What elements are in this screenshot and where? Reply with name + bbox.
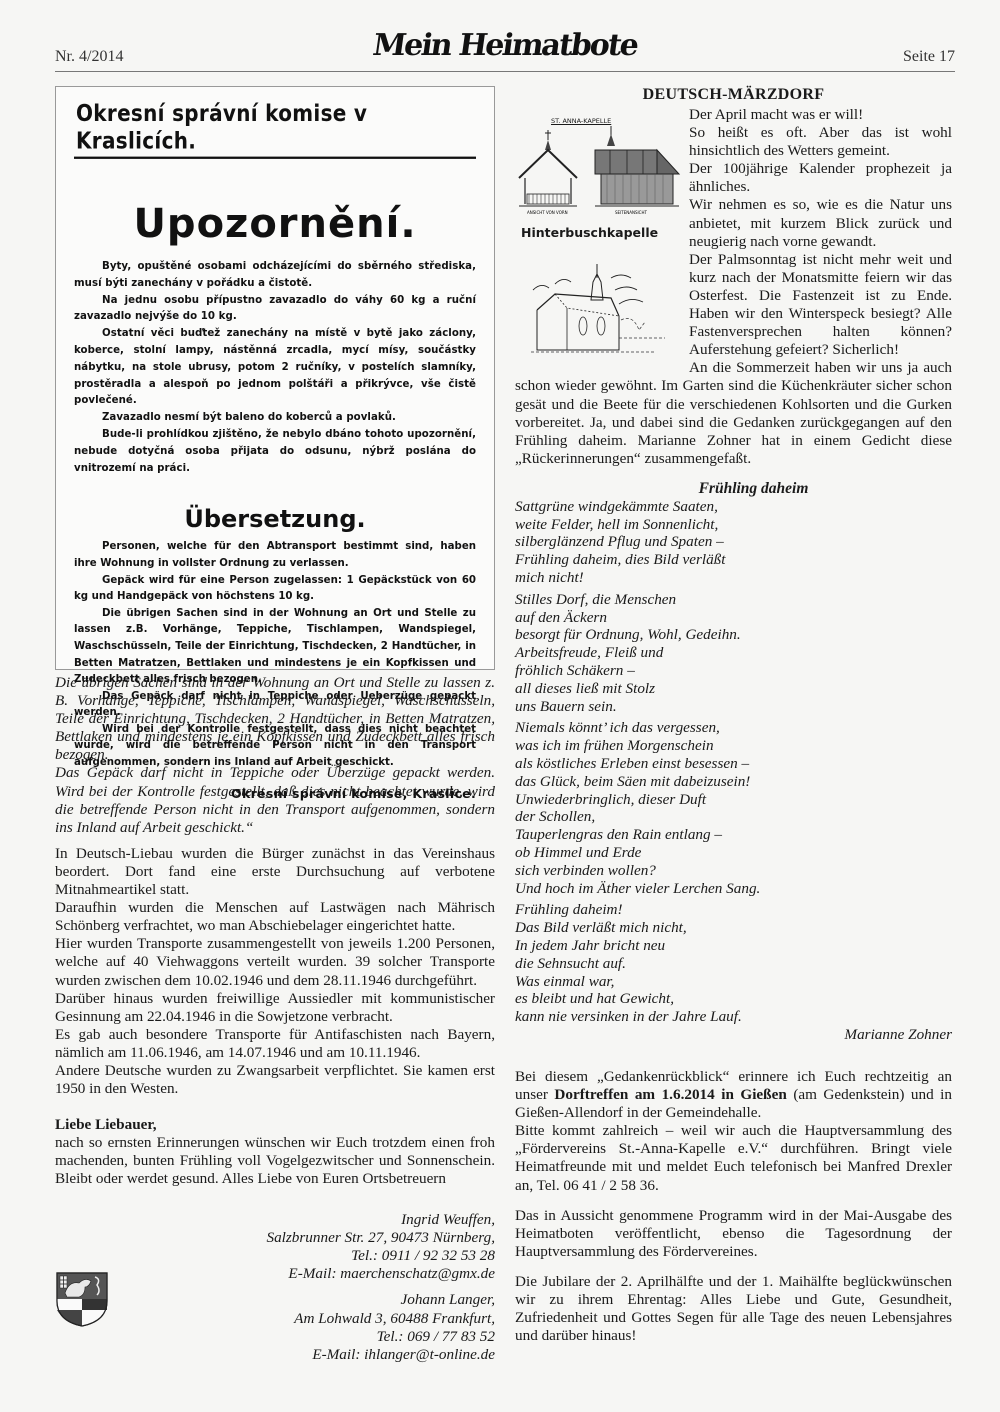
signer-email: E-Mail: ihlanger@t-online.de xyxy=(55,1346,495,1364)
notice-paragraph: Zavazadlo nesmí být baleno do koberců a … xyxy=(74,410,476,427)
poem-stanza-1: Sattgrüne windgekämmte Saaten, weite Fel… xyxy=(515,498,952,587)
signer-2: Johann Langer, Am Lohwald 3, 60488 Frank… xyxy=(55,1291,495,1364)
poem-line: sich verbinden wollen? xyxy=(515,862,952,880)
signer-name: Johann Langer, xyxy=(55,1291,495,1309)
poem-line: als köstliches Erleben einst besessen – xyxy=(515,755,952,773)
greeting-text: nach so ernsten Erinnerungen wünschen wi… xyxy=(55,1134,495,1188)
historical-notice-image: Okresní správní komise v Kraslicích. Upo… xyxy=(55,86,495,670)
poem-line: Tauperlengras den Rain entlang – xyxy=(515,826,952,844)
meeting-paragraph: Bei diesem „Gedankenrückblick“ erinnere … xyxy=(515,1068,952,1122)
signer-phone: Tel.: 069 / 77 83 52 xyxy=(55,1328,495,1346)
poem-line: der Schollen, xyxy=(515,808,952,826)
poem-line: besorgt für Ordnung, Wohl, Gedeihn. xyxy=(515,626,952,644)
poem-line: fröhlich Schäkern – xyxy=(515,662,952,680)
history-paragraph: In Deutsch-Liebau wurden die Bürger zunä… xyxy=(55,845,495,899)
notice-title: Upozornění. xyxy=(74,201,476,247)
poem-stanza-3: Niemals könnt’ ich das vergessen, was ic… xyxy=(515,719,952,897)
poem-line: all dieses ließ mit Stolz xyxy=(515,680,952,698)
svg-text:SEITENANSICHT: SEITENANSICHT xyxy=(615,210,647,215)
poem-line: das Glück, beim Säen mit dabeizusein! xyxy=(515,773,952,791)
chapel-drawing-icon: ANSICHT VON VORN SEITENANSICHT xyxy=(515,116,683,228)
st-anna-chapel-illustration: ST. ANNA-KAPELLE ANSICHT VON VORN xyxy=(515,106,683,246)
notice-authority-heading: Okresní správní komise v Kraslicích. xyxy=(74,99,476,159)
poem-line: Niemals könnt’ ich das vergessen, xyxy=(515,719,952,737)
notice-paragraph: Ostatní věci buďtež zanechány na místě v… xyxy=(74,326,476,410)
signer-phone: Tel.: 0911 / 92 32 53 28 xyxy=(55,1247,495,1265)
signer-email: E-Mail: maerchenschatz@gmx.de xyxy=(55,1265,495,1283)
poem-line: Unwiederbringlich, dieser Duft xyxy=(515,791,952,809)
signers-block: Ingrid Weuffen, Salzbrunner Str. 27, 904… xyxy=(55,1211,495,1401)
signer-1: Ingrid Weuffen, Salzbrunner Str. 27, 904… xyxy=(55,1211,495,1284)
signer-address: Salzbrunner Str. 27, 90473 Nürnberg, xyxy=(55,1229,495,1247)
coat-of-arms-icon xyxy=(55,1271,109,1327)
notice-translation-title: Übersetzung. xyxy=(74,505,476,533)
illustration-caption: Hinterbuschkapelle xyxy=(521,224,658,242)
program-paragraph: Das in Aussicht genommene Programm wird … xyxy=(515,1207,952,1261)
history-paragraph: Daraufhin wurden die Menschen auf Lastwä… xyxy=(55,899,495,935)
notice-signature: Okresní správní komise, Kraslice. xyxy=(74,786,476,801)
poem-line: Was einmal war, xyxy=(515,973,952,991)
greeting-heading: Liebe Liebauer, xyxy=(55,1116,495,1134)
poem-line: die Sehnsucht auf. xyxy=(515,955,952,973)
history-paragraph: Andere Deutsche wurden zu Zwangsarbeit v… xyxy=(55,1062,495,1098)
history-paragraph: Darüber hinaus wurden freiwillige Aussie… xyxy=(55,990,495,1026)
section-title: DEUTSCH-MÄRZDORF xyxy=(515,86,952,104)
poem-line: auf den Äckern xyxy=(515,609,952,627)
poem: Frühling daheim Sattgrüne windgekämmte S… xyxy=(515,480,952,1044)
meeting-paragraph: Bitte kommt zahlreich – weil wir auch di… xyxy=(515,1122,952,1194)
poem-line: In jedem Jahr bricht neu xyxy=(515,937,952,955)
notice-paragraph: Na jednu osobu přípustno zavazadlo do vá… xyxy=(74,293,476,327)
greeting-block: Liebe Liebauer, nach so ernsten Erinneru… xyxy=(55,1116,495,1188)
notice-paragraph: Wird bei der Kontrolle festgestellt, das… xyxy=(74,722,476,772)
signer-name: Ingrid Weuffen, xyxy=(55,1211,495,1229)
signer-address: Am Lohwald 3, 60488 Frankfurt, xyxy=(55,1310,495,1328)
notice-paragraph: Das Gepäck darf nicht in Teppiche oder U… xyxy=(74,689,476,722)
poem-line: Arbeitsfreude, Fleiß und xyxy=(515,644,952,662)
poem-stanza-4: Frühling daheim! Das Bild verläßt mich n… xyxy=(515,901,952,1026)
poem-line: Und hoch im Äther vieler Lerchen Sang. xyxy=(515,880,952,898)
poem-line: Stilles Dorf, die Menschen xyxy=(515,591,952,609)
issue-number: Nr. 4/2014 xyxy=(55,48,123,66)
history-paragraph: Hier wurden Transporte zusammengestellt … xyxy=(55,935,495,989)
notice-paragraph: Bude-li prohlídkou zjištěno, že nebylo d… xyxy=(74,427,476,477)
intro-paragraph: An die Sommerzeit haben wir uns ja auch … xyxy=(515,359,952,468)
meeting-date-highlight: Dorftreffen am 1.6.2014 in Gießen xyxy=(554,1086,786,1103)
notice-paragraph: Personen, welche für den Abtransport bes… xyxy=(74,539,476,572)
chapel-sketch-icon xyxy=(515,260,683,360)
meeting-announcement: Bei diesem „Gedankenrückblick“ erinnere … xyxy=(515,1068,952,1345)
poem-stanza-2: Stilles Dorf, die Menschen auf den Äcker… xyxy=(515,591,952,716)
page-number: Seite 17 xyxy=(903,48,955,66)
poem-line: Frühling daheim, dies Bild verläßt xyxy=(515,551,952,569)
poem-line: was ich im frühen Morgenschein xyxy=(515,737,952,755)
intro-block: ST. ANNA-KAPELLE ANSICHT VON VORN xyxy=(515,106,952,468)
notice-paragraph: Die übrigen Sachen sind in der Wohnung a… xyxy=(74,606,476,689)
poem-line: silberglänzend Pflug und Spaten – xyxy=(515,533,952,551)
poem-line: kann nie versinken in der Jahre Lauf. xyxy=(515,1008,952,1026)
poem-line: Frühling daheim! xyxy=(515,901,952,919)
masthead-logo: Mein Heimatbote xyxy=(371,28,640,63)
poem-title: Frühling daheim xyxy=(555,480,952,498)
poem-line: ob Himmel und Erde xyxy=(515,844,952,862)
poem-line: Das Bild verläßt mich nicht, xyxy=(515,919,952,937)
poem-line: es bleibt und hat Gewicht, xyxy=(515,990,952,1008)
poem-line: mich nicht! xyxy=(515,569,952,587)
notice-german-text: Personen, welche für den Abtransport bes… xyxy=(74,539,476,771)
notice-czech-text: Byty, opuštěné osobami odcházejícími do … xyxy=(74,259,476,477)
poem-line: Sattgrüne windgekämmte Saaten, xyxy=(515,498,952,516)
history-paragraph: Es gab auch besondere Transporte für Ant… xyxy=(55,1026,495,1062)
jubilee-paragraph: Die Jubilare der 2. Aprilhälfte und der … xyxy=(515,1273,952,1345)
notice-paragraph: Byty, opuštěné osobami odcházejícími do … xyxy=(74,259,476,293)
page-header: Nr. 4/2014 Mein Heimatbote Seite 17 xyxy=(55,22,955,72)
left-column: Okresní správní komise v Kraslicích. Upo… xyxy=(55,86,495,1401)
poem-author: Marianne Zohner xyxy=(515,1026,952,1044)
notice-paragraph: Gepäck wird für eine Person zugelassen: … xyxy=(74,573,476,606)
hinterbusch-chapel-sketch xyxy=(515,260,683,370)
svg-text:ANSICHT VON VORN: ANSICHT VON VORN xyxy=(527,210,568,215)
poem-line: weite Felder, hell im Sonnenlicht, xyxy=(515,516,952,534)
right-column: DEUTSCH-MÄRZDORF ST. ANNA-KAPELLE ANSICH… xyxy=(515,86,952,1345)
history-text: In Deutsch-Liebau wurden die Bürger zunä… xyxy=(55,845,495,1098)
poem-line: uns Bauern sein. xyxy=(515,698,952,716)
